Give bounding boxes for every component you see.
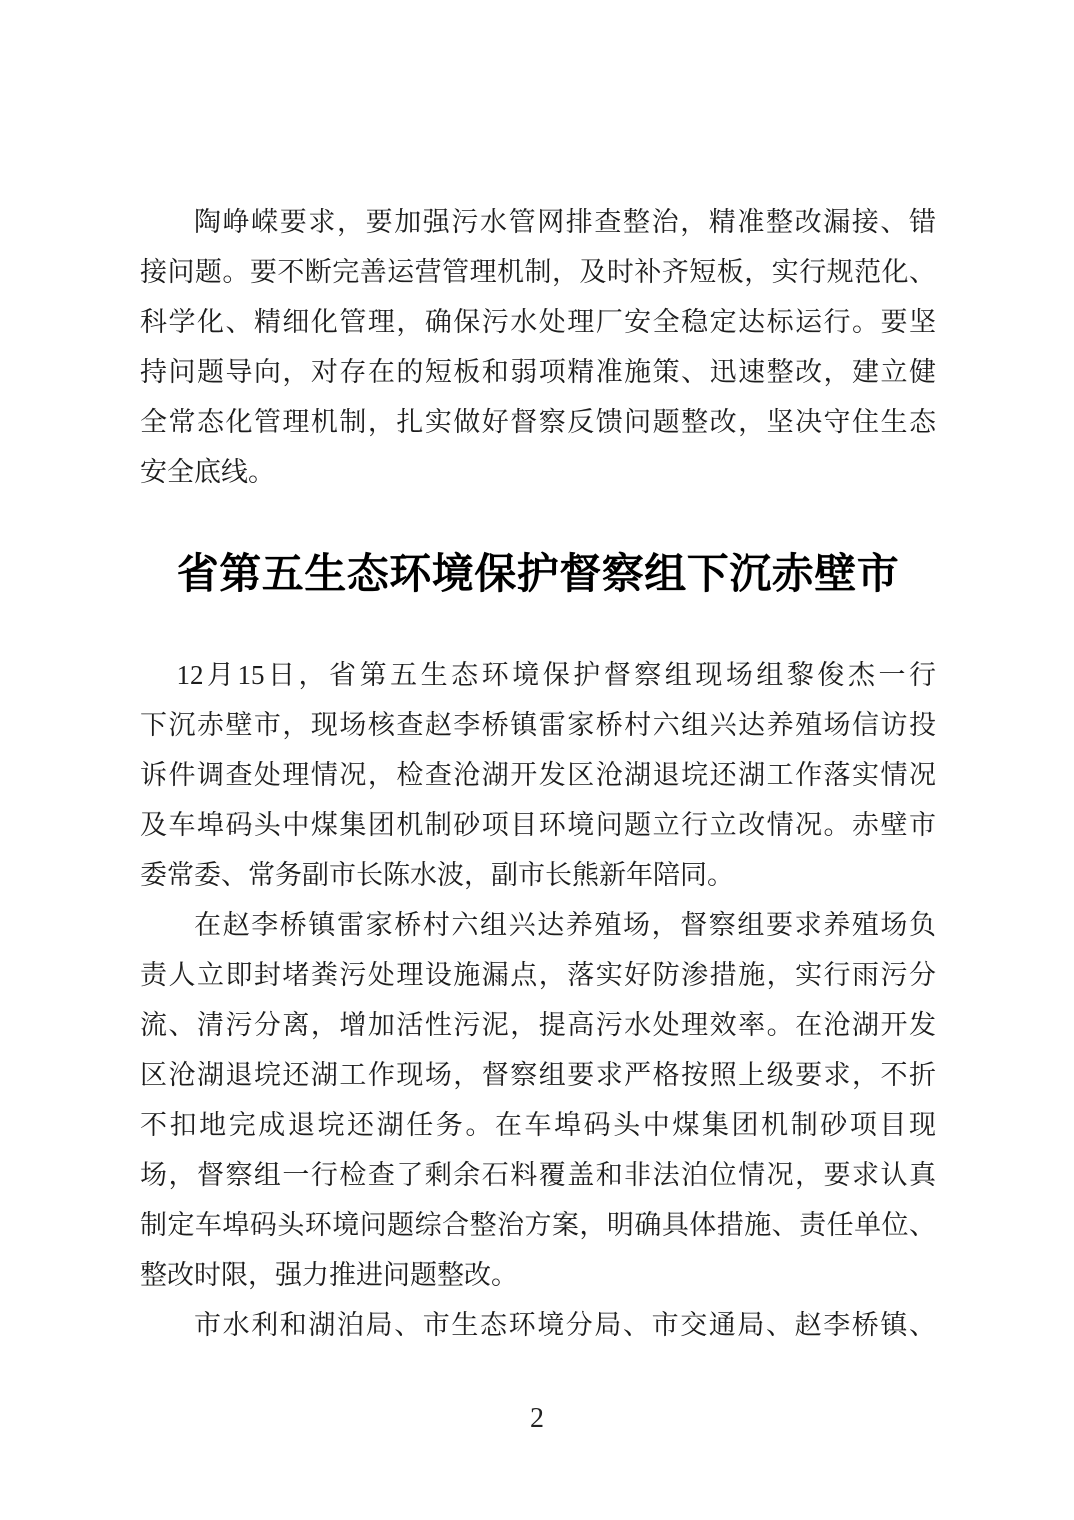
text-line: 持问题导向，对存在的短板和弱项精准施策、迅速整改，建立健 — [140, 347, 936, 397]
text-line: 12月15日，省第五生态环境保护督察组现场组黎俊杰一行 — [140, 650, 936, 700]
text-line: 在赵李桥镇雷家桥村六组兴达养殖场，督察组要求养殖场负 — [140, 900, 936, 950]
document-body: 陶峥嵘要求，要加强污水管网排查整治，精准整改漏接、错 接问题。要不断完善运营管理… — [140, 197, 936, 1350]
text-line: 区沧湖退垸还湖工作现场，督察组要求严格按照上级要求，不折 — [140, 1050, 936, 1100]
text-line: 陶峥嵘要求，要加强污水管网排查整治，精准整改漏接、错 — [140, 197, 936, 247]
text-line: 安全底线。 — [140, 447, 936, 497]
text-line: 整改时限，强力推进问题整改。 — [140, 1250, 936, 1300]
text-line: 场，督察组一行检查了剩余石料覆盖和非法泊位情况，要求认真 — [140, 1150, 936, 1200]
text-line: 全常态化管理机制，扎实做好督察反馈问题整改，坚决守住生态 — [140, 397, 936, 447]
section-heading: 省第五生态环境保护督察组下沉赤壁市 — [140, 545, 936, 605]
text-line: 不扣地完成退垸还湖任务。在车埠码头中煤集团机制砂项目现 — [140, 1100, 936, 1150]
text-line: 下沉赤壁市，现场核查赵李桥镇雷家桥村六组兴达养殖场信访投 — [140, 700, 936, 750]
paragraph-4: 市水利和湖泊局、市生态环境分局、市交通局、赵李桥镇、 — [140, 1300, 936, 1350]
text-line: 市水利和湖泊局、市生态环境分局、市交通局、赵李桥镇、 — [140, 1300, 936, 1350]
paragraph-3: 在赵李桥镇雷家桥村六组兴达养殖场，督察组要求养殖场负 责人立即封堵粪污处理设施漏… — [140, 900, 936, 1300]
text-line: 诉件调查处理情况，检查沧湖开发区沧湖退垸还湖工作落实情况 — [140, 750, 936, 800]
text-line: 责人立即封堵粪污处理设施漏点，落实好防渗措施，实行雨污分 — [140, 950, 936, 1000]
paragraph-1: 陶峥嵘要求，要加强污水管网排查整治，精准整改漏接、错 接问题。要不断完善运营管理… — [140, 197, 936, 497]
paragraph-2: 12月15日，省第五生态环境保护督察组现场组黎俊杰一行 下沉赤壁市，现场核查赵李… — [140, 650, 936, 900]
text-line: 及车埠码头中煤集团机制砂项目环境问题立行立改情况。赤壁市 — [140, 800, 936, 850]
text-line: 流、清污分离，增加活性污泥，提高污水处理效率。在沧湖开发 — [140, 1000, 936, 1050]
text-line: 制定车埠码头环境问题综合整治方案，明确具体措施、责任单位、 — [140, 1200, 936, 1250]
text-line: 接问题。要不断完善运营管理机制，及时补齐短板，实行规范化、 — [140, 247, 936, 297]
text-line: 科学化、精细化管理，确保污水处理厂安全稳定达标运行。要坚 — [140, 297, 936, 347]
text-line: 委常委、常务副市长陈水波，副市长熊新年陪同。 — [140, 850, 936, 900]
page-number: 2 — [0, 1402, 1074, 1436]
document-page: 陶峥嵘要求，要加强污水管网排查整治，精准整改漏接、错 接问题。要不断完善运营管理… — [0, 0, 1074, 1520]
